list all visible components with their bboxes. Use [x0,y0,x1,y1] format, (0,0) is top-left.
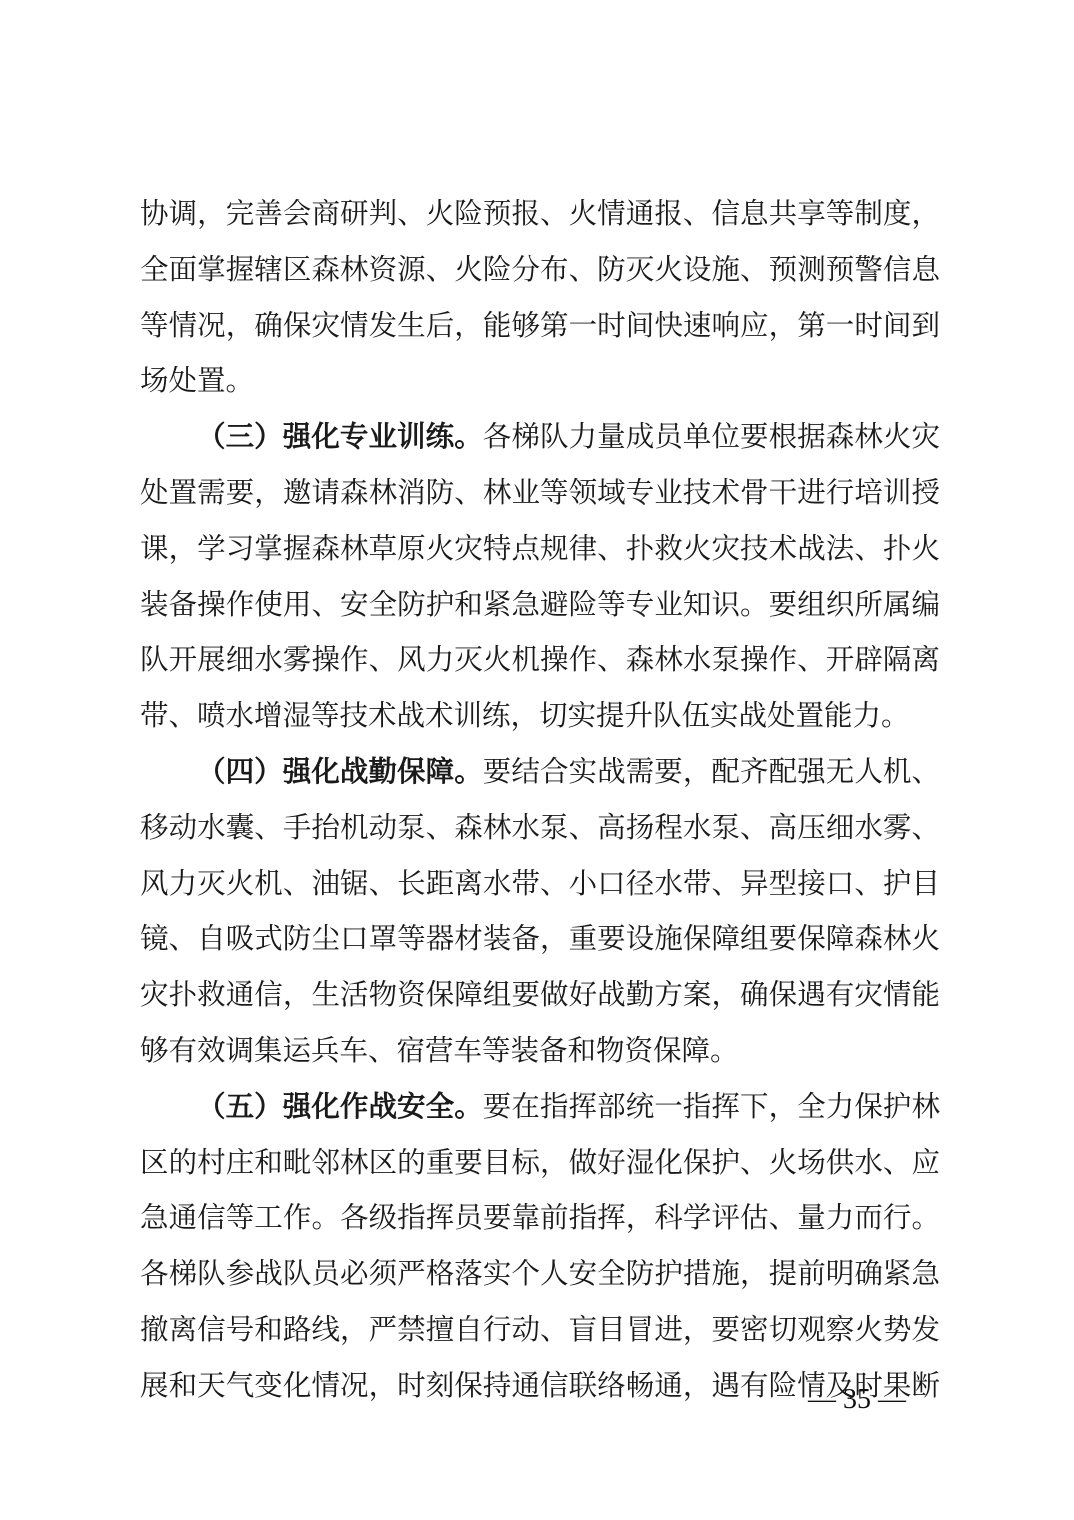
text-run: 各梯队力量成员单位要根据森林火灾 [483,420,940,453]
text-line: 课，学习掌握森林草原火灾特点规律、扑救火灾技术战法、扑火 [140,521,940,577]
text-run: 要在指挥部统一指挥下，全力保护林 [483,1090,940,1123]
section-heading: （四）强化战勤保障。 [197,754,483,788]
text-line: （三）强化专业训练。各梯队力量成员单位要根据森林火灾 [140,409,940,465]
text-line: 区的村庄和毗邻林区的重要目标，做好湿化保护、火场供水、应 [140,1135,940,1191]
paragraph-section-4: （四）强化战勤保障。要结合实战需要，配齐配强无人机、 移动水囊、手抬机动泵、森林… [140,744,940,1079]
text-line: 场处置。 [140,353,940,409]
text-line: 队开展细水雾操作、风力灭火机操作、森林水泵操作、开辟隔离 [140,632,940,688]
text-line: 移动水囊、手抬机动泵、森林水泵、高扬程水泵、高压细水雾、 [140,800,940,856]
text-line: （四）强化战勤保障。要结合实战需要，配齐配强无人机、 [140,744,940,800]
document-page: 协调，完善会商研判、火险预报、火情通报、信息共享等制度， 全面掌握辖区森林资源、… [0,0,1074,1520]
text-line: 处置需要，邀请森林消防、林业等领域专业技术骨干进行培训授 [140,465,940,521]
text-line: 等情况，确保灾情发生后，能够第一时间快速响应，第一时间到 [140,298,940,354]
section-heading: （五）强化作战安全。 [197,1089,483,1123]
text-line: 带、喷水增湿等技术战术训练，切实提升队伍实战处置能力。 [140,688,940,744]
paragraph-section-3: （三）强化专业训练。各梯队力量成员单位要根据森林火灾 处置需要，邀请森林消防、林… [140,409,940,744]
paragraph-continuation: 协调，完善会商研判、火险预报、火情通报、信息共享等制度， 全面掌握辖区森林资源、… [140,186,940,409]
paragraph-section-5: （五）强化作战安全。要在指挥部统一指挥下，全力保护林 区的村庄和毗邻林区的重要目… [140,1079,940,1414]
text-line: 镜、自吸式防尘口罩等器材装备，重要设施保障组要保障森林火 [140,911,940,967]
body-text: 协调，完善会商研判、火险预报、火情通报、信息共享等制度， 全面掌握辖区森林资源、… [140,186,940,1414]
text-line: （五）强化作战安全。要在指挥部统一指挥下，全力保护林 [140,1079,940,1135]
text-line: 撤离信号和路线，严禁擅自行动、盲目冒进，要密切观察火势发 [140,1302,940,1358]
text-line: 各梯队参战队员必须严格落实个人安全防护措施，提前明确紧急 [140,1246,940,1302]
text-line: 协调，完善会商研判、火险预报、火情通报、信息共享等制度， [140,186,940,242]
text-line: 急通信等工作。各级指挥员要靠前指挥，科学评估、量力而行。 [140,1190,940,1246]
text-line: 够有效调集运兵车、宿营车等装备和物资保障。 [140,1023,940,1079]
text-line: 灾扑救通信，生活物资保障组要做好战勤方案，确保遇有灾情能 [140,967,940,1023]
text-run: 要结合实战需要，配齐配强无人机、 [483,755,940,788]
text-line: 全面掌握辖区森林资源、火险分布、防灭火设施、预测预警信息 [140,242,940,298]
text-line: 风力灭火机、油锯、长距离水带、小口径水带、异型接口、护目 [140,856,940,912]
text-line: 装备操作使用、安全防护和紧急避险等专业知识。要组织所属编 [140,577,940,633]
section-heading: （三）强化专业训练。 [197,419,483,453]
page-number: — 35 — [808,1384,906,1416]
